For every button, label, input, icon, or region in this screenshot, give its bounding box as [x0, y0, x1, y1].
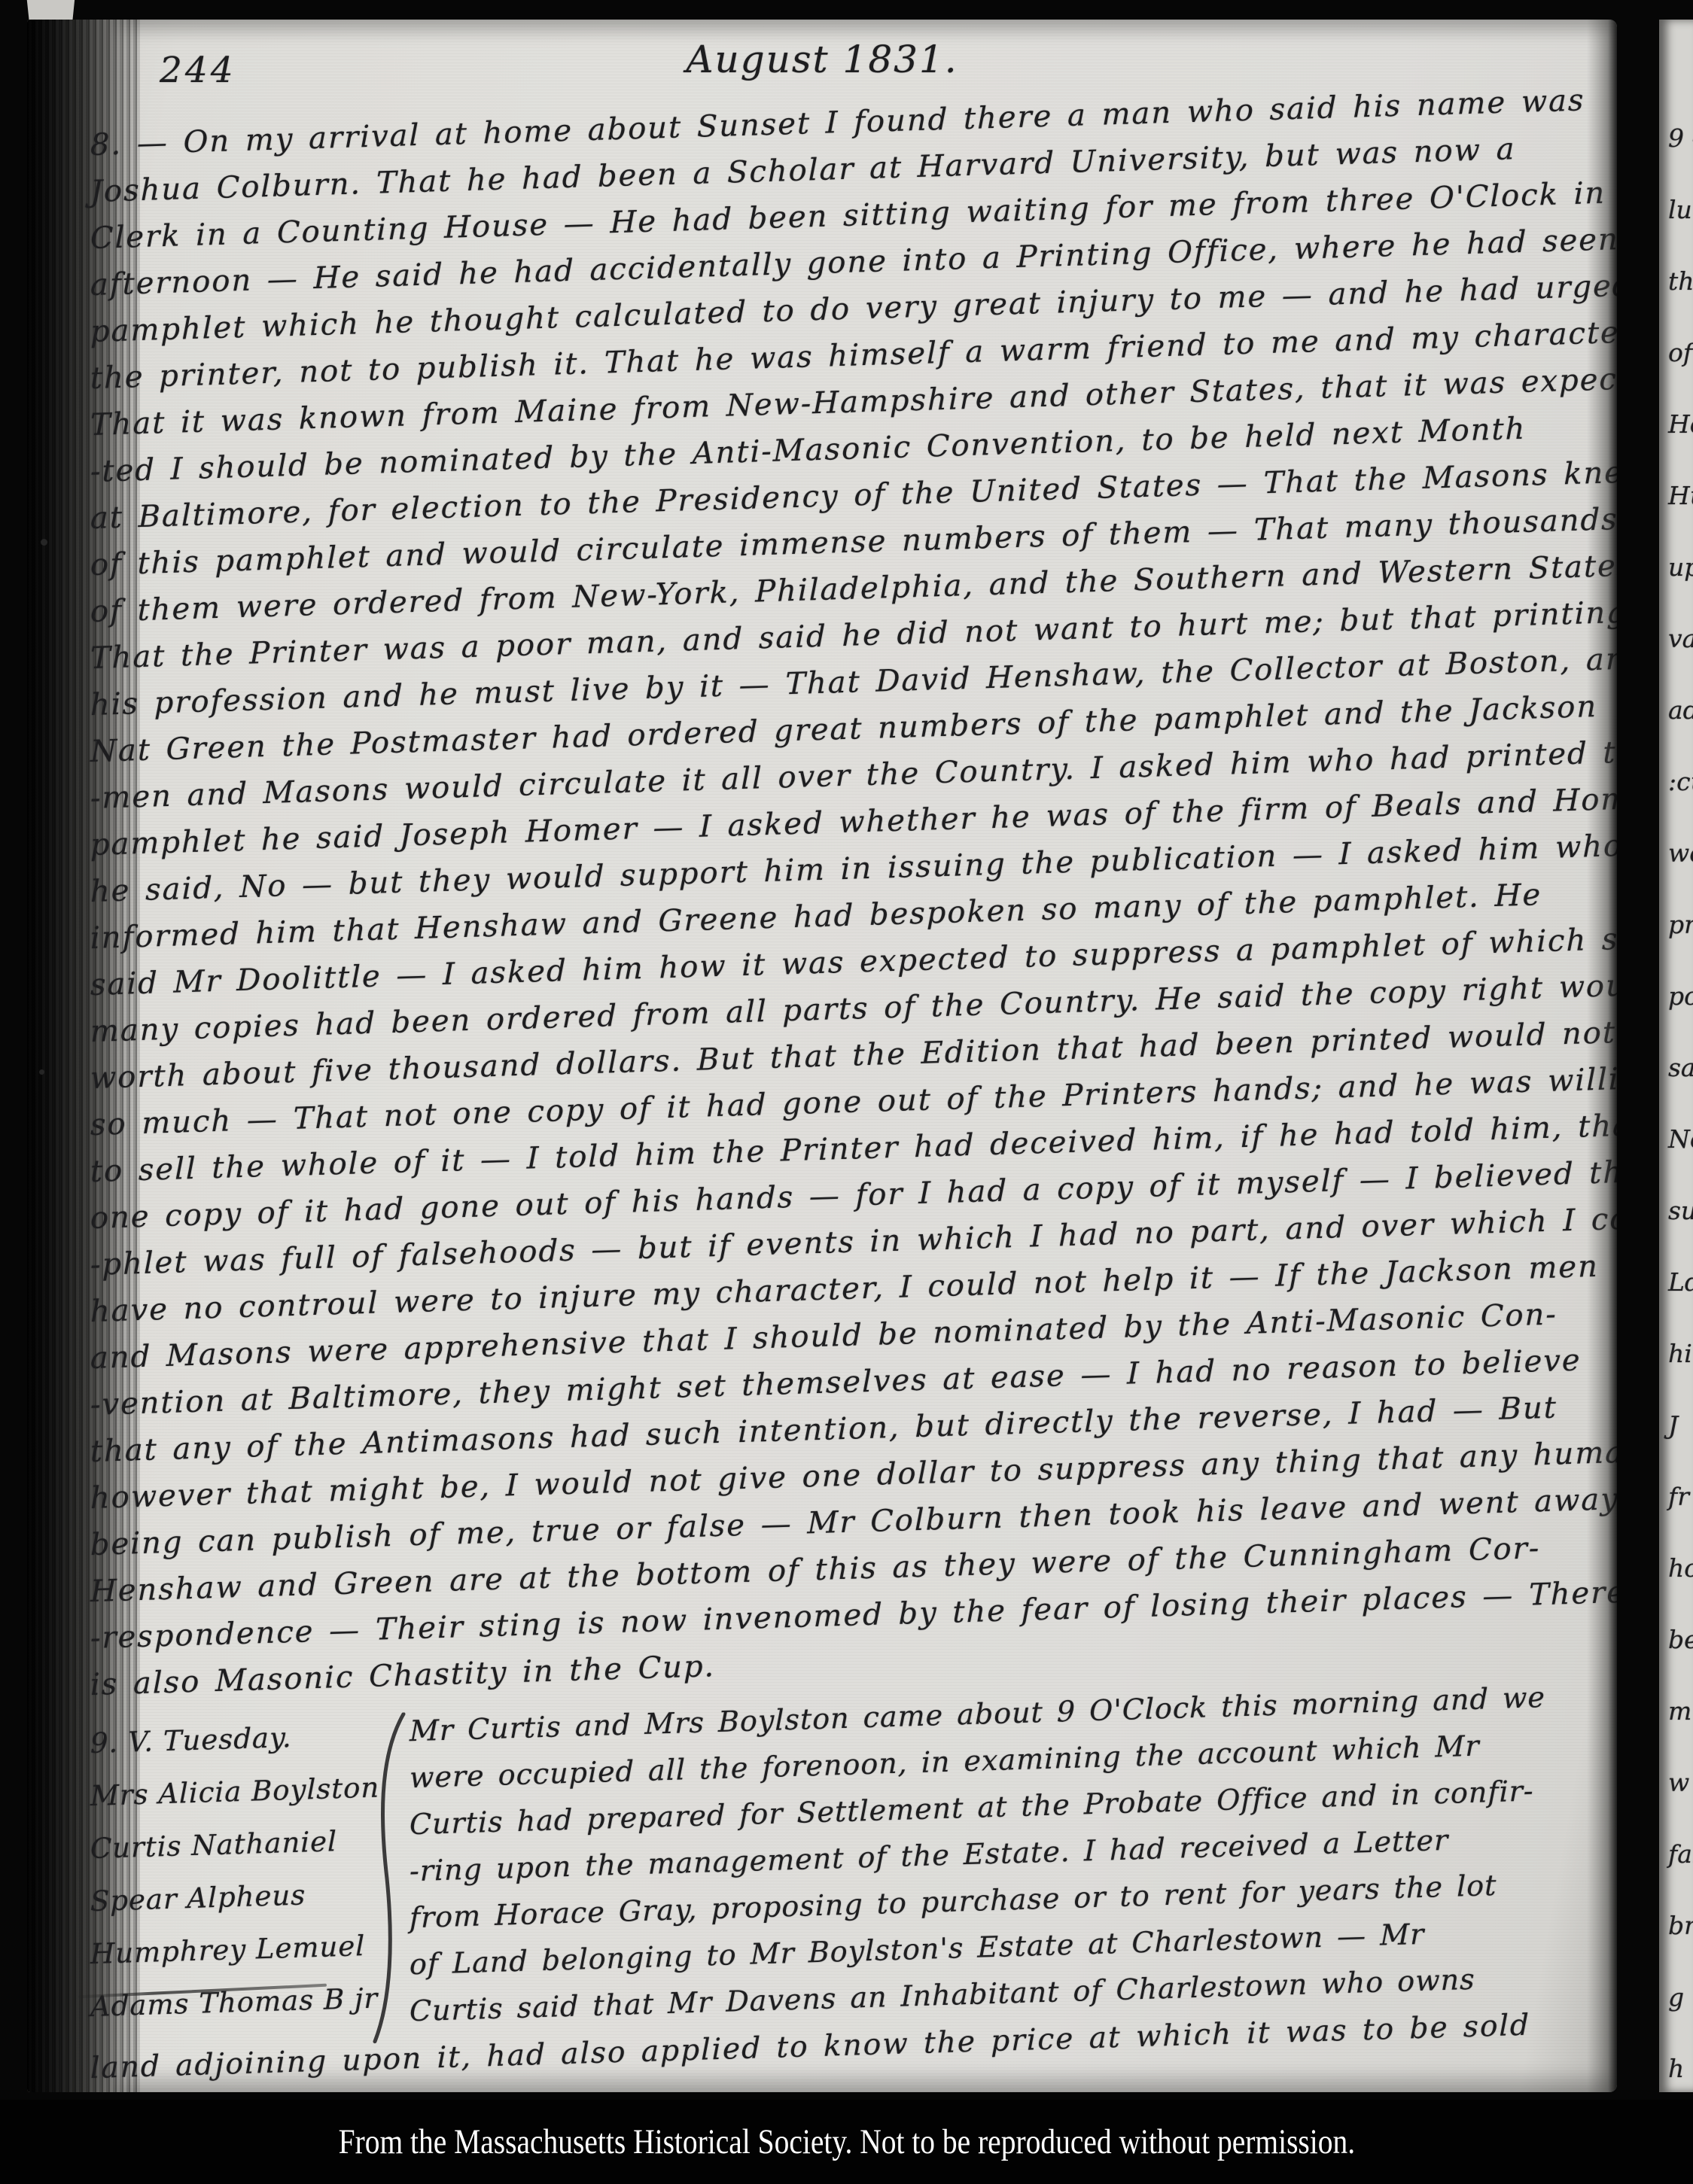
text-fragment: Ho [1659, 388, 1693, 460]
margin-name: Spear Alpheus [90, 1867, 370, 1928]
entry-august-8: 8. — On my arrival at home about Sunset … [90, 77, 1588, 1708]
text-fragment: h [1659, 2033, 1693, 2092]
footer-band: From the Massachusetts Historical Societ… [0, 2100, 1693, 2184]
text-fragment: su [1659, 1175, 1693, 1246]
text-fragment: No [1659, 1103, 1693, 1175]
adjacent-page-edge: 9 -luthaofHoHuupvatad:cuwoprposaNosuLdhi… [1659, 20, 1693, 2092]
ink-speck [41, 539, 47, 546]
margin-name: Adams Thomas B jr [90, 1973, 370, 2033]
margin-name: Curtis Nathaniel [90, 1814, 370, 1875]
text-fragment: w [1659, 1747, 1693, 1818]
text-fragment: pr [1659, 889, 1693, 960]
text-fragment: fab [1659, 1818, 1693, 1890]
margin-name: Humphrey Lemuel [90, 1920, 370, 1981]
adjacent-page-fragments: 9 -luthaofHoHuupvatad:cuwoprposaNosuLdhi… [1659, 20, 1693, 2092]
entry9-date-label: 9. V. Tuesday. [90, 1709, 370, 1770]
scanned-diary-page: 244 August 1831. 8. — On my arrival at h… [0, 0, 1693, 2184]
text-fragment: tha [1659, 245, 1693, 317]
text-fragment: J [1659, 1389, 1693, 1461]
handwritten-text-block: 8. — On my arrival at home about Sunset … [90, 77, 1588, 2092]
entry-august-9: 9. V. Tuesday. Mrs Alicia BoylstonCurtis… [90, 1672, 1588, 2044]
text-fragment: :cu [1659, 746, 1693, 817]
text-fragment: wo [1659, 817, 1693, 889]
text-fragment: be [1659, 1604, 1693, 1675]
text-fragment: sa [1659, 1032, 1693, 1103]
text-fragment: fr [1659, 1461, 1693, 1532]
text-fragment: vat [1659, 603, 1693, 674]
margin-name: Mrs Alicia Boylston [90, 1762, 370, 1823]
margin-brace [370, 1708, 410, 2036]
text-fragment: of [1659, 317, 1693, 388]
header-date: August 1831. [27, 38, 1617, 81]
text-fragment: g [1659, 1961, 1693, 2033]
text-fragment: Hu [1659, 460, 1693, 531]
entry9-text-column: Mr Curtis and Mrs Boylston came about 9 … [410, 1672, 1588, 2034]
text-fragment: lu [1659, 174, 1693, 245]
manuscript-page: 244 August 1831. 8. — On my arrival at h… [27, 20, 1617, 2092]
text-fragment: br [1659, 1890, 1693, 1961]
text-fragment: ho [1659, 1532, 1693, 1604]
attribution-caption: From the Massachusetts Historical Societ… [338, 2122, 1354, 2162]
ink-speck [39, 1069, 44, 1075]
text-fragment: m [1659, 1675, 1693, 1747]
text-fragment: hi [1659, 1318, 1693, 1389]
text-fragment: Ld [1659, 1246, 1693, 1318]
text-fragment: po [1659, 960, 1693, 1032]
text-fragment: up [1659, 531, 1693, 603]
text-fragment: 9 - [1659, 102, 1693, 174]
text-fragment: ad [1659, 674, 1693, 746]
